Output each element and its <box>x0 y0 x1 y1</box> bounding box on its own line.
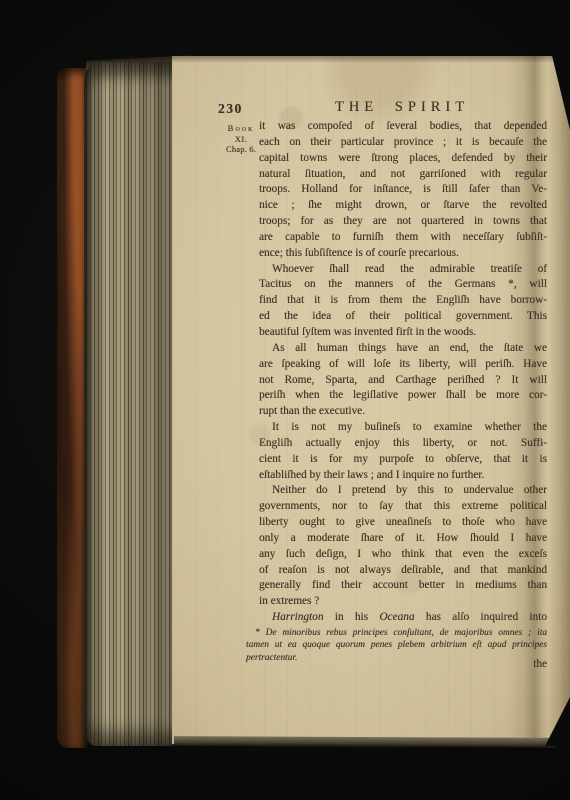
text-line: ence; this ſubſiſtence is of courſe prec… <box>259 246 547 262</box>
text-line: Harrington in his Oceana has alſo inquir… <box>259 610 547 626</box>
text-line: tamen ut ea quoque quorum penes plebem a… <box>246 639 547 651</box>
text-line: Whoever ſhall read the admirable treatiſ… <box>259 262 547 278</box>
book-bottom-edge <box>174 736 556 748</box>
sidenote: Book XI. Chap. 6. <box>221 123 261 155</box>
text-line: not Rome, Sparta, and Carthage periſhed … <box>259 373 547 389</box>
text-line: any ſuch deſign, I who think that even t… <box>259 547 547 563</box>
text-line: troops; for as they are not quartered in… <box>259 214 547 230</box>
catchword: the <box>259 658 547 670</box>
text-line: rupt than the executive. <box>259 404 547 420</box>
text-line: generally find their account better in m… <box>259 578 547 594</box>
text-line: ed the idea of their political governmen… <box>259 309 547 325</box>
paragraph: Neither do I pretend by this to underval… <box>259 483 547 610</box>
text-line: It is not my buſineſs to examine whether… <box>259 420 547 436</box>
photo-background: 230 THE SPIRIT Book XI. Chap. 6. it was … <box>0 0 570 800</box>
text-line: troops. Holland for inſtance, is ſtill ſ… <box>259 182 547 198</box>
text-line: cient it is for my purpoſe to obſerve, t… <box>259 452 547 468</box>
text-line: liberty ought to give uneaſineſs to thoſ… <box>259 515 547 531</box>
text-line: find that it is from them the Engliſh ha… <box>259 293 547 309</box>
text-line: beautiful ſyſtem was invented firſt in t… <box>259 325 547 341</box>
paragraph: As all human things have an end, the ſta… <box>259 341 547 420</box>
text-line: governments, nor to ſay that this extrem… <box>259 499 547 515</box>
sidenote-book-numeral: XI. <box>221 134 261 145</box>
text-line: nice ; ſhe might drown, or ſtarve the re… <box>259 198 547 214</box>
text-line: eſtabliſhed by their laws ; and I inquir… <box>259 468 547 484</box>
text-line: Engliſh actually enjoy this liberty, or … <box>259 436 547 452</box>
sidenote-chapter: Chap. 6. <box>221 144 261 155</box>
text-line: it was compoſed of ſeveral bodies, that … <box>259 119 547 135</box>
paragraph: Harrington in his Oceana has alſo inquir… <box>259 610 547 626</box>
text-line: only a moderate ſhare of it. How ſhould … <box>259 531 547 547</box>
text-block: it was compoſed of ſeveral bodies, that … <box>259 119 547 626</box>
sidenote-book-label: Book <box>221 123 261 134</box>
book-page-edges-shadow <box>84 62 186 746</box>
text-line: each on their particular province ; it i… <box>259 135 547 151</box>
text-line: Tacitus on the manners of the Germans *,… <box>259 277 547 293</box>
running-header: THE SPIRIT <box>258 99 546 116</box>
paragraph: Whoever ſhall read the admirable treatiſ… <box>259 262 547 341</box>
text-line: in extremes ? <box>259 594 547 610</box>
text-line: As all human things have an end, the ſta… <box>259 341 547 357</box>
paragraph: It is not my buſineſs to examine whether… <box>259 420 547 483</box>
text-line: * De minoribus rebus principes conſultan… <box>246 627 547 639</box>
page-number: 230 <box>218 101 243 117</box>
paragraph: it was compoſed of ſeveral bodies, that … <box>259 119 547 262</box>
text-line: capital towns were ſtrong places, defend… <box>259 151 547 167</box>
text-line: periſh when the legiſlative power ſhall … <box>259 388 547 404</box>
text-line: are ſpeaking of will loſe its liberty, w… <box>259 357 547 373</box>
text-line: Neither do I pretend by this to underval… <box>259 483 547 499</box>
text-line: are capable to furniſh them with neceſſa… <box>259 230 547 246</box>
text-line: natural ſituation, and not garriſoned wi… <box>259 167 547 183</box>
text-line: of reaſon is not always deſirable, and t… <box>259 563 547 579</box>
